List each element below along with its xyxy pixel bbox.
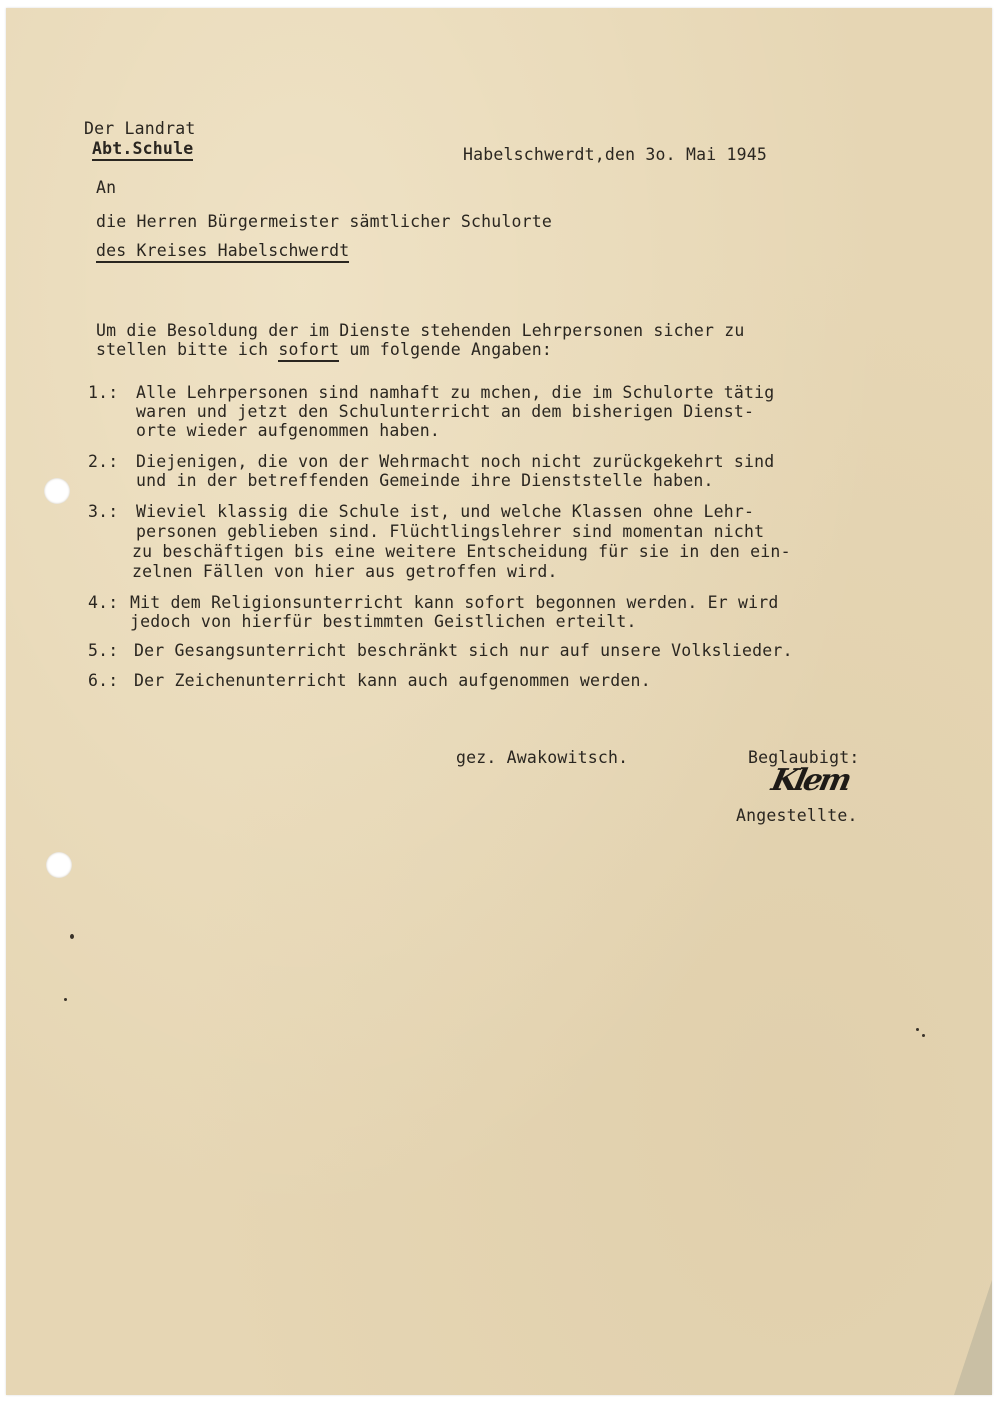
list-item-6: 6.: Der Zeichenunterricht kann auch aufg… xyxy=(88,671,928,731)
signed-by: gez. Awakowitsch. xyxy=(456,748,628,768)
item-number: 2.: xyxy=(88,452,118,472)
place-and-date: Habelschwerdt,den 3o. Mai 1945 xyxy=(463,145,767,165)
punch-hole-lower xyxy=(46,852,72,878)
item-number: 1.: xyxy=(88,383,118,403)
ink-speck xyxy=(70,934,74,939)
ink-speck xyxy=(916,1028,919,1031)
item-number: 4.: xyxy=(88,593,118,613)
item-number: 3.: xyxy=(88,502,118,522)
folded-corner xyxy=(954,1280,992,1395)
recipient-line-2: des Kreises Habelschwerdt xyxy=(96,241,349,263)
item-number: 6.: xyxy=(88,671,118,691)
ink-speck xyxy=(922,1034,925,1037)
intro-line-1: Um die Besoldung der im Dienste stehende… xyxy=(96,321,745,341)
sender-department: Abt.Schule xyxy=(92,139,193,161)
emphasis-sofort: sofort xyxy=(278,340,339,362)
intro-line-2: stellen bitte ich sofort um folgende Ang… xyxy=(96,340,552,360)
sender-title: Der Landrat xyxy=(84,119,195,139)
punch-hole-upper xyxy=(44,478,70,504)
recipient-salutation: An xyxy=(96,178,116,198)
handwritten-signature: Klem xyxy=(768,763,852,798)
item-number: 5.: xyxy=(88,641,118,661)
recipient-line-1: die Herren Bürgermeister sämtlicher Schu… xyxy=(96,212,552,232)
signatory-role: Angestellte. xyxy=(736,806,858,826)
ink-speck xyxy=(64,998,67,1001)
